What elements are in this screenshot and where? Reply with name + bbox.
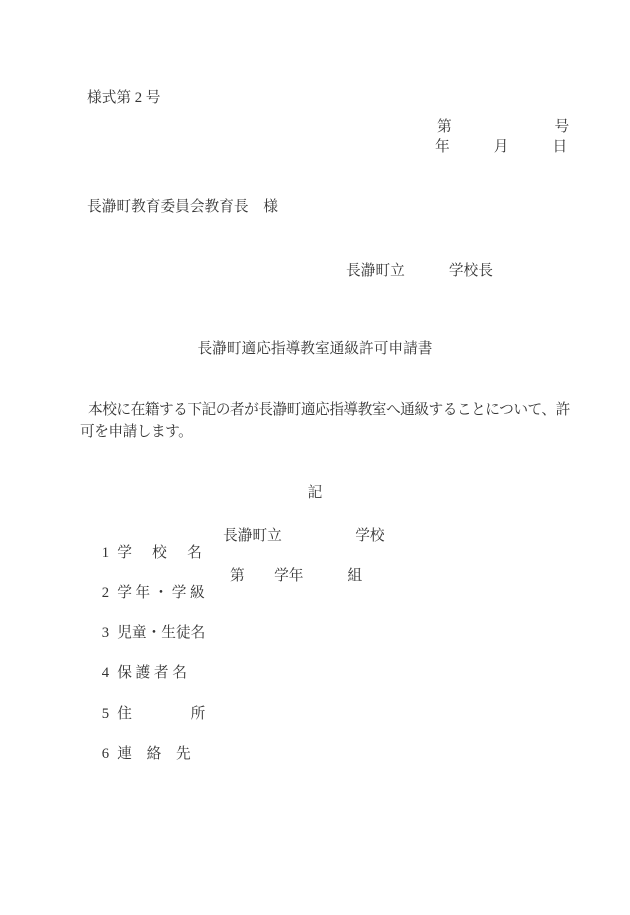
list-item-contact: 6連 絡 先 — [87, 729, 191, 780]
item-number: 6 — [102, 746, 118, 763]
sender-line: 長瀞町立 学校長 — [346, 263, 493, 280]
body-paragraph-line-1: 本校に在籍する下記の者が長瀞町適応指導教室へ通級することについて、許 — [88, 402, 570, 419]
addressee-line: 長瀞町教育委員会教育長 様 — [87, 199, 278, 216]
item-label: 学 校 名 — [117, 545, 204, 561]
item-number: 5 — [102, 706, 118, 723]
document-title: 長瀞町適応指導教室通級許可申請書 — [0, 341, 630, 358]
item-number: 3 — [102, 625, 118, 642]
item-number: 1 — [102, 545, 118, 562]
list-heading: 記 — [0, 485, 630, 502]
item-value: 第 学年 組 — [230, 568, 362, 585]
body-paragraph-line-2: 可を申請します。 — [80, 424, 192, 441]
item-label: 連 絡 先 — [117, 746, 190, 762]
date-line: 年 月 日 — [435, 139, 567, 156]
form-number: 様式第 2 号 — [87, 90, 160, 107]
item-label: 学年・学級 — [117, 585, 208, 601]
item-label: 保 護 者 名 — [117, 665, 187, 681]
item-label: 住 所 — [117, 706, 205, 722]
item-label: 児童・生徒名 — [117, 625, 205, 641]
item-number: 4 — [102, 665, 118, 682]
item-number: 2 — [102, 585, 118, 602]
document-page: 様式第 2 号 第 号 年 月 日 長瀞町教育委員会教育長 様 長瀞町立 学校長… — [0, 0, 630, 915]
item-value: 長瀞町立 学校 — [223, 528, 385, 545]
document-number-line: 第 号 — [437, 119, 569, 136]
